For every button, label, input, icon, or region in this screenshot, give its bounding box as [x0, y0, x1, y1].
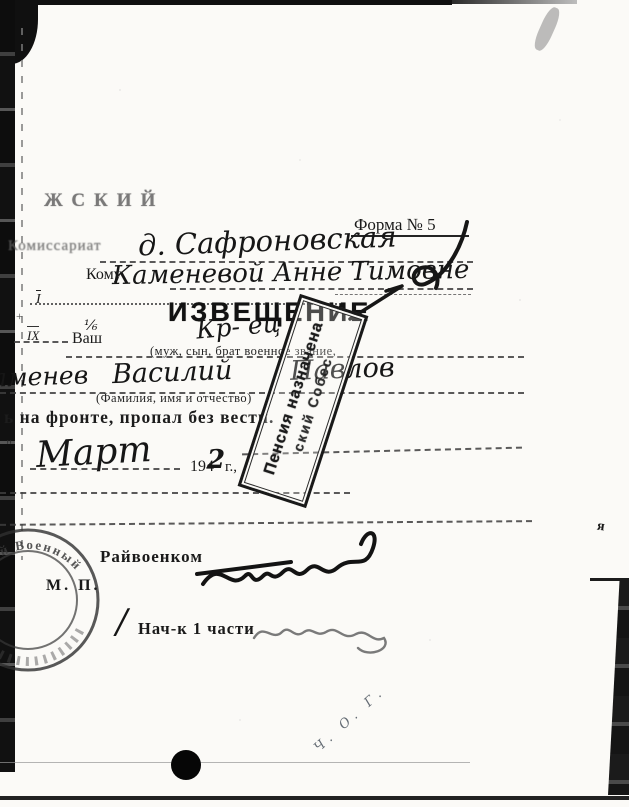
given-name-handwritten: Василий: [111, 355, 232, 390]
seal-mark-label: М. П.: [46, 577, 101, 595]
status-text: ь на фронте, пропал без вести.: [4, 407, 274, 428]
name-hint: (Фамилия, имя и отчество): [96, 391, 252, 406]
chief-slash: /: [116, 602, 127, 642]
scan-left-fold-dashes: [21, 28, 23, 560]
scan-top-right-smudge: [531, 5, 562, 53]
faded-stamp-word: Комиссариат: [8, 238, 102, 255]
scan-top-edge-fade: [452, 0, 577, 4]
scan-bottom-edge: [0, 796, 629, 800]
scan-top-edge: [0, 0, 452, 5]
chief-label: Нач-к 1 части: [138, 619, 255, 639]
rank-handwritten: Кр- ец: [195, 308, 281, 344]
addressee-fill-line: [170, 288, 473, 290]
your-left-line: [14, 341, 68, 343]
faded-edge-text: ЖСКИЙ: [44, 190, 164, 212]
quote-mark: ": [6, 438, 12, 455]
fold-line-bottom: [0, 762, 470, 763]
your-label: Ваш: [72, 330, 102, 348]
svg-text:Районный Военный: Районный Военный: [0, 537, 85, 612]
commissar-signature: [195, 522, 400, 610]
month-fill-line: [30, 468, 180, 470]
round-seal-arc-text: Районный Военный: [0, 537, 85, 612]
year-suffix: г.,: [225, 459, 237, 476]
attached-slip-edge-strip: [608, 580, 629, 795]
year-digit-handwritten: 2: [207, 445, 225, 475]
hole-punch: [171, 750, 201, 780]
name-fill-line: [0, 392, 524, 394]
commissar-label: Райвоенком: [100, 547, 203, 567]
margin-numeral-top: I: [36, 290, 41, 308]
scanned-document-page: ЖСКИЙ Комиссариат Форма № 5 д. Сафроновс…: [0, 0, 629, 807]
right-edge-letter: я: [596, 519, 606, 536]
margin-tick: +: [16, 309, 25, 324]
addressee-handwritten: Каменевой Анне Тимовне: [112, 255, 470, 291]
chief-signature: [248, 604, 398, 666]
surname-fragment-handwritten: аменев: [0, 360, 89, 392]
diagonal-note: Ч. О. Г.: [312, 684, 389, 755]
round-military-seal: Районный Военный: [0, 524, 108, 680]
